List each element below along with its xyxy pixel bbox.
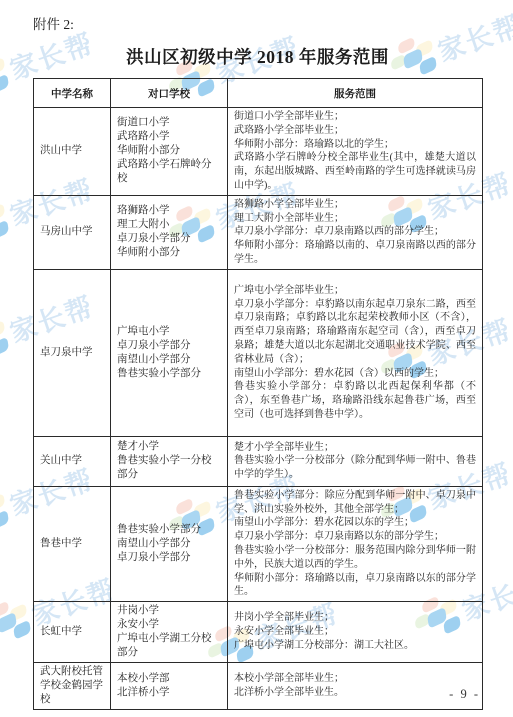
table-row: 鲁巷中学鲁巷实验小学部分 南望山小学部分 卓刀泉小学部分鲁巷实验小学部分：除应分… <box>34 486 483 601</box>
column-header-service-scope: 服务范围 <box>228 79 483 108</box>
table-row: 关山中学楚才小学 鲁巷实验小学一分校部分楚才小学全部毕业生； 鲁巷实验小学一分校… <box>34 436 483 486</box>
page-title: 洪山区初级中学 2018 年服务范围 <box>33 44 482 69</box>
middle-school-name-cell: 洪山中学 <box>34 108 111 196</box>
table-row: 长虹中学井岗小学 永安小学 广埠屯小学湖工分校部分井岗小学全部毕业生； 永安小学… <box>34 602 483 663</box>
middle-school-name-cell: 长虹中学 <box>34 602 111 663</box>
feeder-schools-cell: 广埠屯小学 卓刀泉小学部分 南望山小学部分 鲁巷实验小学部分 <box>111 269 228 436</box>
service-scope-cell: 井岗小学全部毕业生； 永安小学全部毕业生； 广埠屯小学湖工分校部分：湖工大社区。 <box>228 602 483 663</box>
feeder-schools-cell: 井岗小学 永安小学 广埠屯小学湖工分校部分 <box>111 602 228 663</box>
feeder-schools-cell: 本校小学部 北洋桥小学 <box>111 663 228 710</box>
attachment-label: 附件 2: <box>33 13 513 33</box>
header-row: 中学名称 对口学校 服务范围 <box>34 79 483 108</box>
service-scope-cell: 楚才小学全部毕业生； 鲁巷实验小学一分校部分（除分配到华师一附中、鲁巷中学的学生… <box>228 436 483 486</box>
service-scope-cell: 广埠屯小学全部毕业生； 卓刀泉小学部分：卓豹路以南东起卓刀泉东二路，西至卓刀泉南… <box>228 269 483 436</box>
middle-school-name-cell: 武大附校托管学校金鹤园学校 <box>34 663 111 710</box>
column-header-middle-school: 中学名称 <box>34 79 111 108</box>
table-row: 武大附校托管学校金鹤园学校本校小学部 北洋桥小学本校小学部全部毕业生； 北洋桥小… <box>34 663 483 710</box>
table-row: 马房山中学珞狮路小学 理工大附小 卓刀泉小学部分 华师附小部分珞狮路小学全部毕业… <box>34 195 483 269</box>
service-scope-cell: 街道口小学全部毕业生； 武珞路小学全部毕业生； 华师附小部分：珞瑜路以北的学生；… <box>228 108 483 196</box>
service-scope-cell: 本校小学部全部毕业生； 北洋桥小学全部毕业生。 <box>228 663 483 710</box>
feeder-schools-cell: 鲁巷实验小学部分 南望山小学部分 卓刀泉小学部分 <box>111 486 228 601</box>
middle-school-name-cell: 卓刀泉中学 <box>34 269 111 436</box>
middle-school-name-cell: 鲁巷中学 <box>34 486 111 601</box>
feeder-schools-cell: 珞狮路小学 理工大附小 卓刀泉小学部分 华师附小部分 <box>111 195 228 269</box>
feeder-schools-cell: 楚才小学 鲁巷实验小学一分校部分 <box>111 436 228 486</box>
page-number: - 9 - <box>449 687 480 702</box>
document-page: 家长帮家长帮家长帮家长帮家长帮家长帮家长帮家长帮家长帮家长帮家长帮家长帮家长帮家… <box>0 0 513 717</box>
service-scope-cell: 鲁巷实验小学部分：除应分配到华师一附中、卓刀泉中学、洪山实验外校外，其他全部学生… <box>228 486 483 601</box>
table-row: 卓刀泉中学广埠屯小学 卓刀泉小学部分 南望山小学部分 鲁巷实验小学部分广埠屯小学… <box>34 269 483 436</box>
table-row: 洪山中学街道口小学 武珞路小学 华师附小部分 武珞路小学石牌岭分校街道口小学全部… <box>34 108 483 196</box>
column-header-feeder-schools: 对口学校 <box>111 79 228 108</box>
middle-school-name-cell: 关山中学 <box>34 436 111 486</box>
service-range-table: 中学名称 对口学校 服务范围 洪山中学街道口小学 武珞路小学 华师附小部分 武珞… <box>33 78 483 710</box>
middle-school-name-cell: 马房山中学 <box>34 195 111 269</box>
feeder-schools-cell: 街道口小学 武珞路小学 华师附小部分 武珞路小学石牌岭分校 <box>111 108 228 196</box>
service-scope-cell: 珞狮路小学全部毕业生； 理工大附小全部毕业生； 卓刀泉小学部分：卓刀泉南路以西的… <box>228 195 483 269</box>
